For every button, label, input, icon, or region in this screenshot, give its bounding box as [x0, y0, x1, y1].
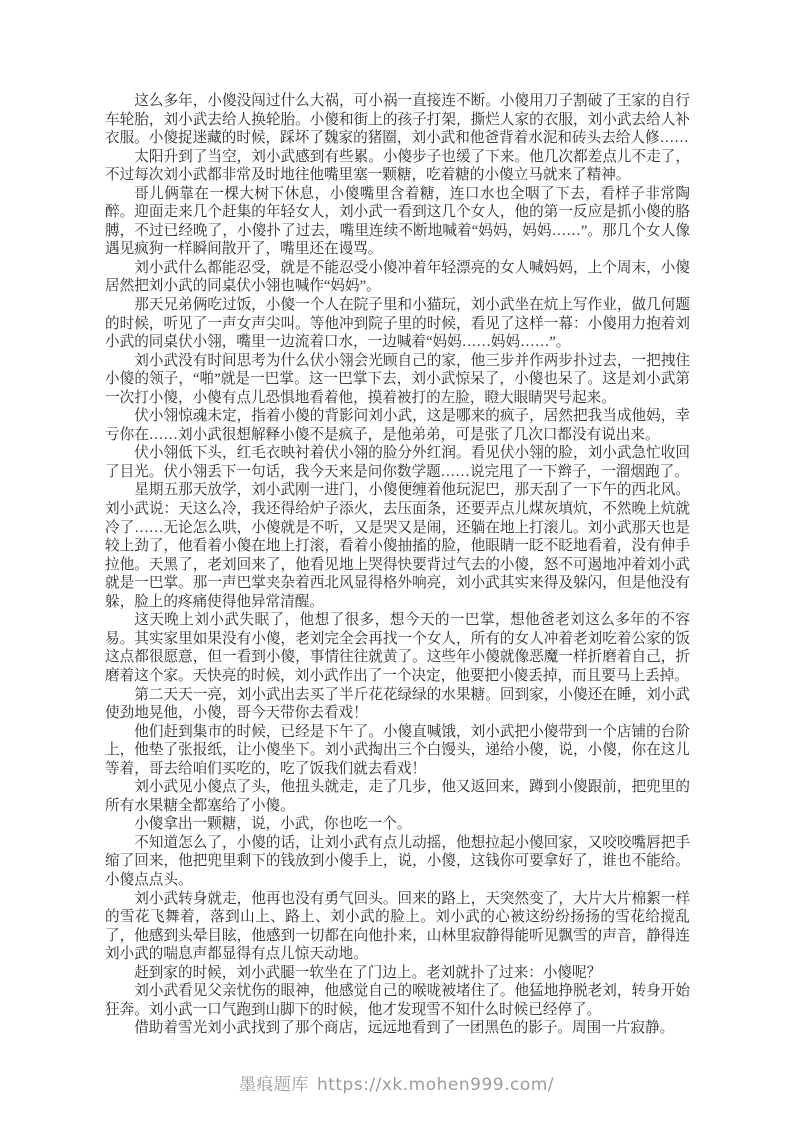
- paragraph: 伏小翎低下头，红毛衣映衬着伏小翎的脸分外红润。看见伏小翎的脸，刘小武急忙收回了目…: [105, 444, 690, 481]
- paragraph: 小傻拿出一颗糖，说，小武，你也吃一个。: [105, 815, 690, 834]
- watermark-site-name: 墨痕题库: [239, 1070, 309, 1095]
- paragraph: 第二天天一亮，刘小武出去买了半斤花花绿绿的水果糖。回到家，小傻还在睡，刘小武使劲…: [105, 686, 690, 723]
- paragraph: 他们赶到集市的时候，已经是下午了。小傻直喊饿，刘小武把小傻带到一个店铺的台阶上，…: [105, 723, 690, 779]
- paragraph: 这么多年，小傻没闯过什么大祸，可小祸一直接连不断。小傻用刀子割破了王家的自行车轮…: [105, 92, 690, 148]
- paragraph: 那天兄弟俩吃过饭，小傻一个人在院子里和小猫玩，刘小武坐在炕上写作业，做几何题的时…: [105, 296, 690, 352]
- paragraph: 哥儿俩靠在一棵大树下休息，小傻嘴里含着糖，连口水也全咽了下去，看样子非常陶醉。迎…: [105, 185, 690, 259]
- story-text: 这么多年，小傻没闯过什么大祸，可小祸一直接连不断。小傻用刀子割破了王家的自行车轮…: [105, 92, 690, 1038]
- document-page: 这么多年，小傻没闯过什么大祸，可小祸一直接连不断。小傻用刀子割破了王家的自行车轮…: [0, 0, 793, 1122]
- watermark-footer: 墨痕题库 https://xk.mohen999.com/: [0, 1070, 793, 1095]
- paragraph: 刘小武见小傻点了头，他扭头就走，走了几步，他又返回来，蹲到小傻跟前，把兜里的所有…: [105, 778, 690, 815]
- paragraph: 刘小武什么都能忍受，就是不能忍受小傻冲着年轻漂亮的女人喊妈妈，上个周末，小傻居然…: [105, 259, 690, 296]
- paragraph: 借助着雪光刘小武找到了那个商店，远远地看到了一团黑色的影子。周围一片寂静。: [105, 1019, 690, 1038]
- watermark-url: https://xk.mohen999.com/: [317, 1075, 554, 1095]
- paragraph: 刘小武没有时间思考为什么伏小翎会光顾自己的家，他三步并作两步扑过去，一把拽住小傻…: [105, 352, 690, 408]
- paragraph: 太阳升到了当空，刘小武感到有些累。小傻步子也缓了下来。他几次都差点儿不走了，不过…: [105, 148, 690, 185]
- paragraph: 这天晚上刘小武失眠了，他想了很多，想今天的一巴掌，想他爸老刘这么多年的不容易。其…: [105, 611, 690, 685]
- paragraph: 伏小翎惊魂未定，指着小傻的背影问刘小武，这是哪来的疯子，居然把我当成他妈，幸亏你…: [105, 407, 690, 444]
- paragraph: 赶到家的时候，刘小武腿一软坐在了门边上。老刘就扑了过来：小傻呢？: [105, 964, 690, 983]
- paragraph: 星期五那天放学，刘小武刚一进门，小傻便缠着他玩泥巴，那天刮了一下午的西北风。刘小…: [105, 481, 690, 611]
- paragraph: 刘小武看见父亲忧伤的眼神，他感觉自己的喉咙被堵住了。他猛地挣脱老刘，转身开始狂奔…: [105, 982, 690, 1019]
- paragraph: 刘小武转身就走，他再也没有勇气回头。回来的路上，天突然变了，大片大片棉絮一样的雪…: [105, 890, 690, 964]
- paragraph: 不知道怎么了，小傻的话，让刘小武有点儿动摇，他想拉起小傻回家，又咬咬嘴唇把手缩了…: [105, 834, 690, 890]
